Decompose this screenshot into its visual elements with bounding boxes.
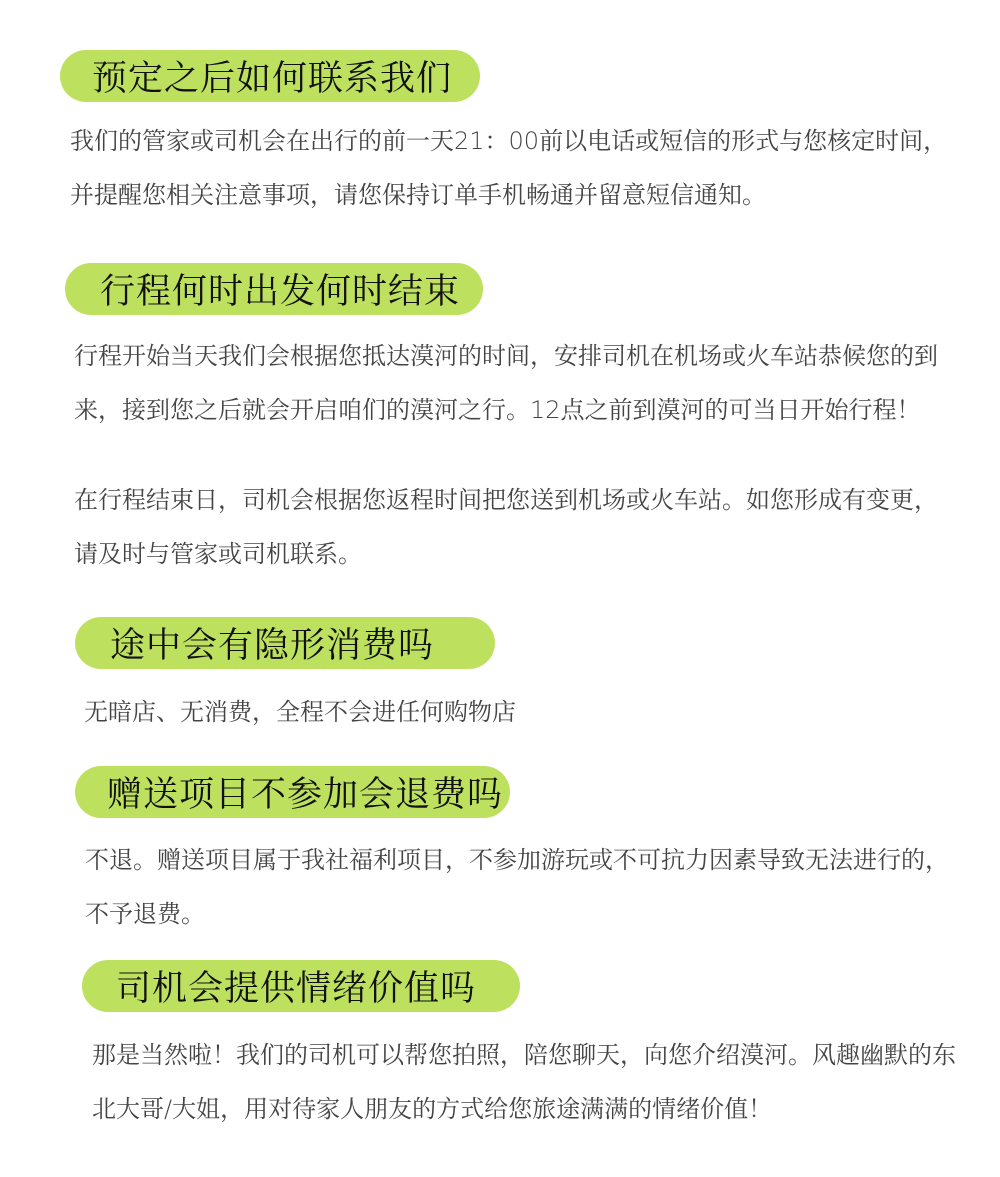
section-title: 途中会有隐形消费吗 [110, 618, 434, 668]
section-title-pill: 司机会提供情绪价值吗 [82, 960, 520, 1012]
section-title-pill: 预定之后如何联系我们 [60, 50, 480, 102]
section-title-pill: 途中会有隐形消费吗 [75, 617, 495, 669]
section-body: 无暗店、无消费，全程不会进任何购物店 [84, 685, 964, 739]
section-title: 行程何时出发何时结束 [100, 264, 460, 314]
section-body: 不退。赠送项目属于我社福利项目，不参加游玩或不可抗力因素导致无法进行的，不予退费… [85, 833, 965, 941]
section-body: 我们的管家或司机会在出行的前一天21：00前以电话或短信的形式与您核定时间，并提… [70, 114, 950, 222]
section-body: 在行程结束日，司机会根据您返程时间把您送到机场或火车站。如您形成有变更，请及时与… [74, 473, 954, 581]
section-body: 那是当然啦！我们的司机可以帮您拍照，陪您聊天，向您介绍漠河。风趣幽默的东北大哥/… [92, 1028, 962, 1136]
section-title: 预定之后如何联系我们 [92, 51, 452, 101]
section-title: 赠送项目不参加会退费吗 [107, 767, 503, 817]
section-title: 司机会提供情绪价值吗 [116, 961, 476, 1011]
section-title-pill: 行程何时出发何时结束 [65, 263, 483, 315]
section-title-pill: 赠送项目不参加会退费吗 [75, 766, 510, 818]
section-body: 行程开始当天我们会根据您抵达漠河的时间，安排司机在机场或火车站恭候您的到来，接到… [74, 329, 954, 437]
